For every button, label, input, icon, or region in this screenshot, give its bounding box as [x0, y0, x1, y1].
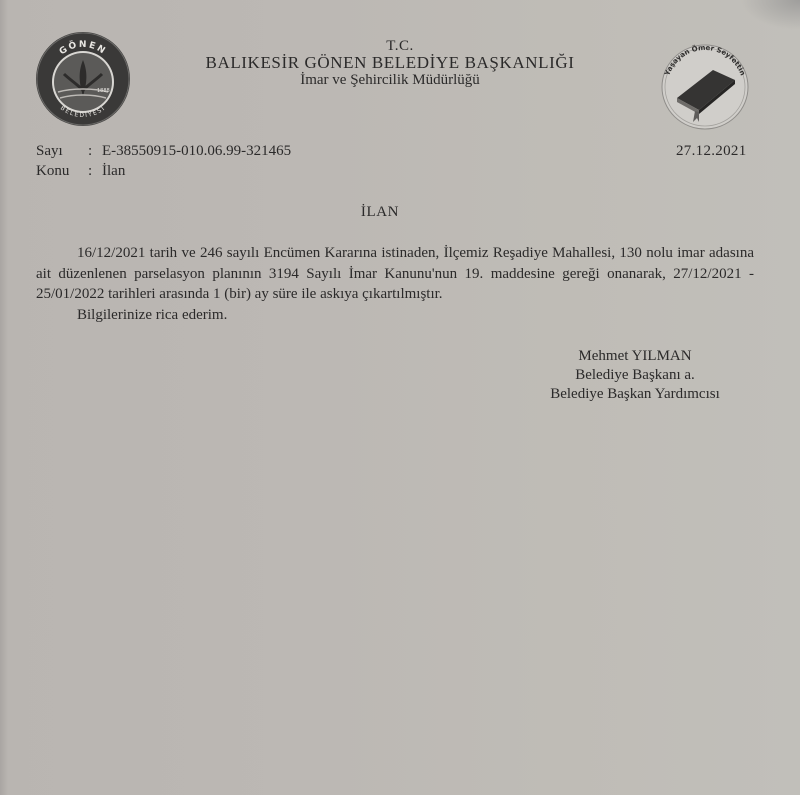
closing-line: Bilgilerinize rica ederim.	[36, 305, 754, 326]
konu-label: Konu	[36, 161, 88, 181]
signatory-name: Mehmet YILMAN	[520, 347, 750, 366]
photo-shadow	[740, 0, 800, 30]
reference-number: E-38550915-010.06.99-321465	[102, 141, 291, 161]
paper-edge	[0, 0, 8, 795]
separator: :	[88, 141, 102, 161]
document-meta: Sayı : E-38550915-010.06.99-321465 Konu …	[36, 141, 291, 181]
book-icon: Yaşayan Ömer Seyfettin	[655, 40, 755, 130]
signature-block: Mehmet YILMAN Belediye Başkanı a. Beledi…	[520, 347, 750, 404]
subject-value: İlan	[102, 161, 125, 181]
document-body: 16/12/2021 tarih ve 246 sayılı Encümen K…	[36, 243, 754, 325]
document-page: GÖNEN 1888 BELEDİYESİ T.C. BALIKESİR GÖN…	[0, 0, 800, 795]
reference-number-row: Sayı : E-38550915-010.06.99-321465	[36, 141, 291, 161]
announcement-paragraph: 16/12/2021 tarih ve 246 sayılı Encümen K…	[36, 243, 754, 305]
separator: :	[88, 161, 102, 181]
signatory-position: Belediye Başkan Yardımcısı	[520, 385, 750, 404]
document-date: 27.12.2021	[676, 141, 747, 161]
sayi-label: Sayı	[36, 141, 88, 161]
omer-seyfettin-logo: Yaşayan Ömer Seyfettin	[655, 40, 755, 130]
signatory-title: Belediye Başkanı a.	[520, 366, 750, 385]
document-title: İLAN	[0, 204, 760, 221]
subject-row: Konu : İlan	[36, 161, 291, 181]
